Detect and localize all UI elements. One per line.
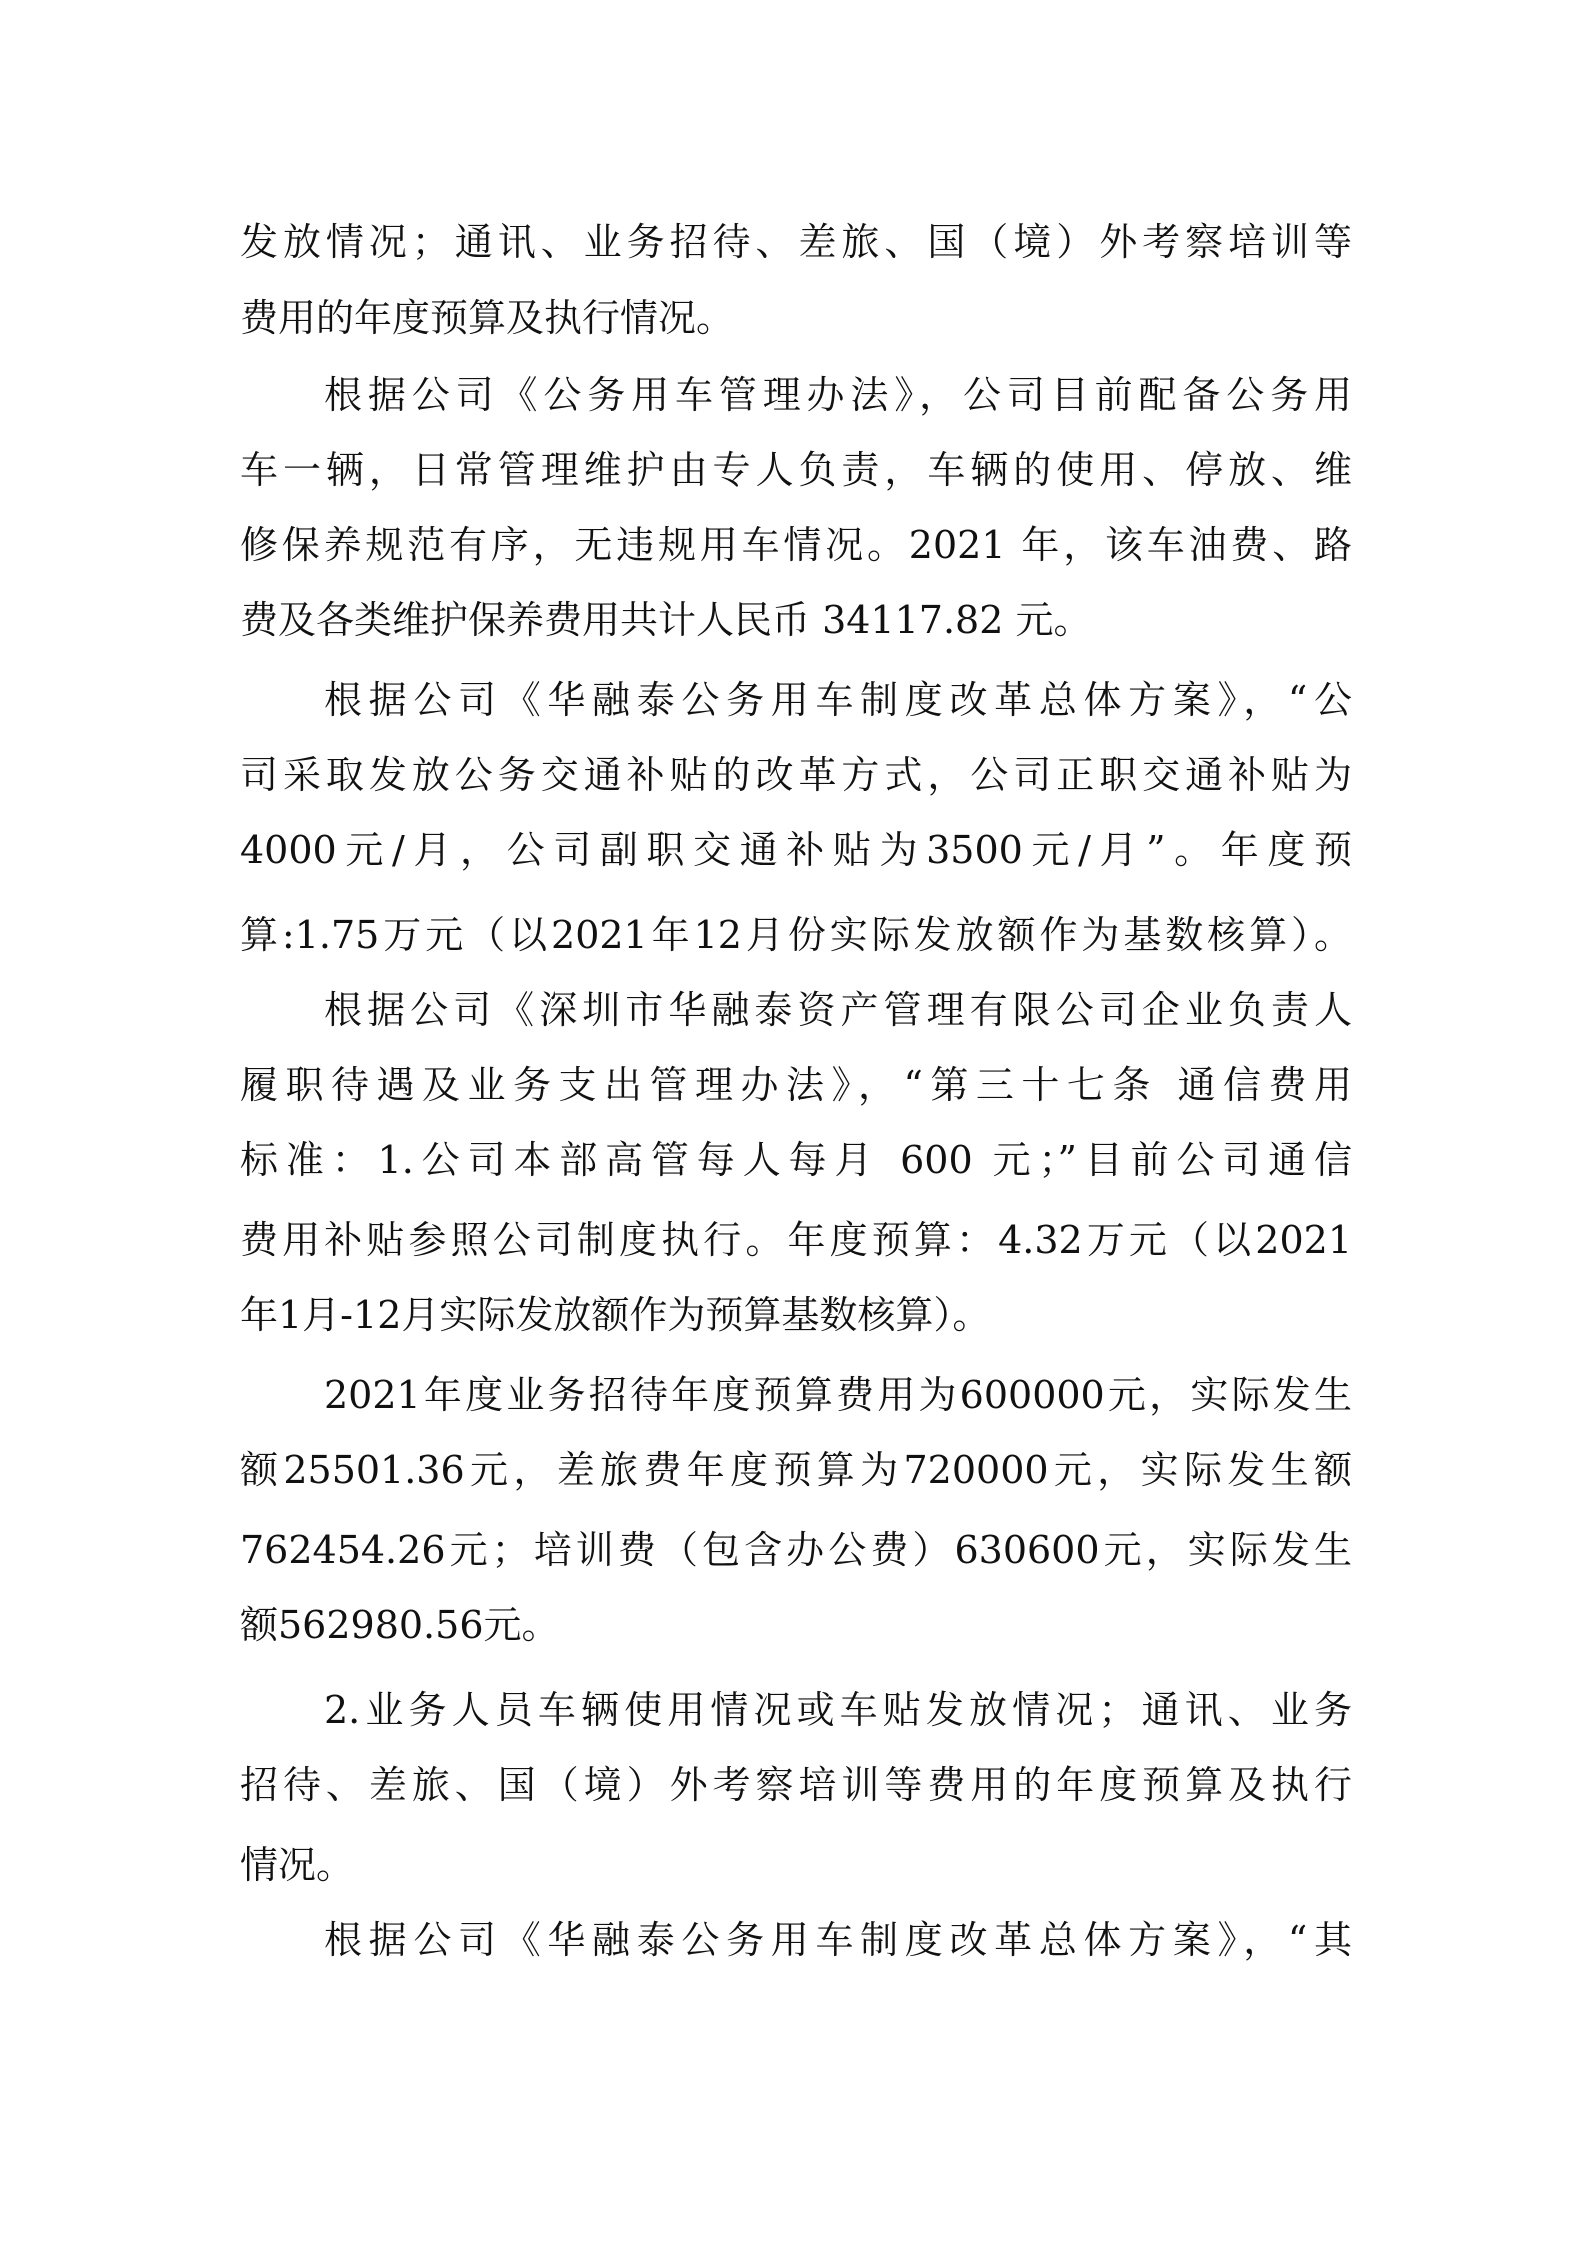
p5-line-2: 额25501.36元，差旅费年度预算为720000元，实际发生额	[240, 1442, 1352, 1498]
p2-line-1: 根据公司《公务用车管理办法》，公司目前配备公务用	[240, 367, 1352, 423]
p3-line-1: 根据公司《华融泰公务用车制度改革总体方案》，“公	[240, 672, 1352, 728]
p4-line-5: 年1月-12月实际发放额作为预算基数核算）。	[240, 1287, 1352, 1343]
p4-line-2: 履职待遇及业务支出管理办法》，“第三十七条 通信费用	[240, 1057, 1352, 1113]
p2-line-2: 车一辆，日常管理维护由专人负责，车辆的使用、停放、维	[240, 442, 1352, 498]
p6-line-3: 情况。	[240, 1837, 1352, 1893]
p3-line-3: 4000元/月，公司副职交通补贴为3500元/月”。年度预	[240, 822, 1352, 878]
p5-line-3: 762454.26元；培训费（包含办公费）630600元，实际发生	[240, 1522, 1352, 1578]
p4-line-4: 费用补贴参照公司制度执行。年度预算：4.32万元（以2021	[240, 1212, 1352, 1268]
p7-line-1: 根据公司《华融泰公务用车制度改革总体方案》，“其	[240, 1912, 1352, 1968]
p2-line-4: 费及各类维护保养费用共计人民币 34117.82 元。	[240, 592, 1352, 648]
p1-line-2: 费用的年度预算及执行情况。	[240, 290, 1352, 346]
p3-line-4: 算:1.75万元（以2021年12月份实际发放额作为基数核算）。	[240, 907, 1352, 963]
p3-line-2: 司采取发放公务交通补贴的改革方式，公司正职交通补贴为	[240, 747, 1352, 803]
p5-line-4: 额562980.56元。	[240, 1597, 1352, 1653]
p2-line-3: 修保养规范有序，无违规用车情况。2021 年，该车油费、路	[240, 517, 1352, 573]
p1-line-1: 发放情况；通讯、业务招待、差旅、国（境）外考察培训等	[240, 214, 1352, 270]
p4-line-3: 标准：1.公司本部高管每人每月 600 元；”目前公司通信	[240, 1132, 1352, 1188]
p6-line-1: 2.业务人员车辆使用情况或车贴发放情况；通讯、业务	[240, 1682, 1352, 1738]
p6-line-2: 招待、差旅、国（境）外考察培训等费用的年度预算及执行	[240, 1757, 1352, 1813]
p5-line-1: 2021年度业务招待年度预算费用为600000元，实际发生	[240, 1367, 1352, 1423]
p4-line-1: 根据公司《深圳市华融泰资产管理有限公司企业负责人	[240, 982, 1352, 1038]
